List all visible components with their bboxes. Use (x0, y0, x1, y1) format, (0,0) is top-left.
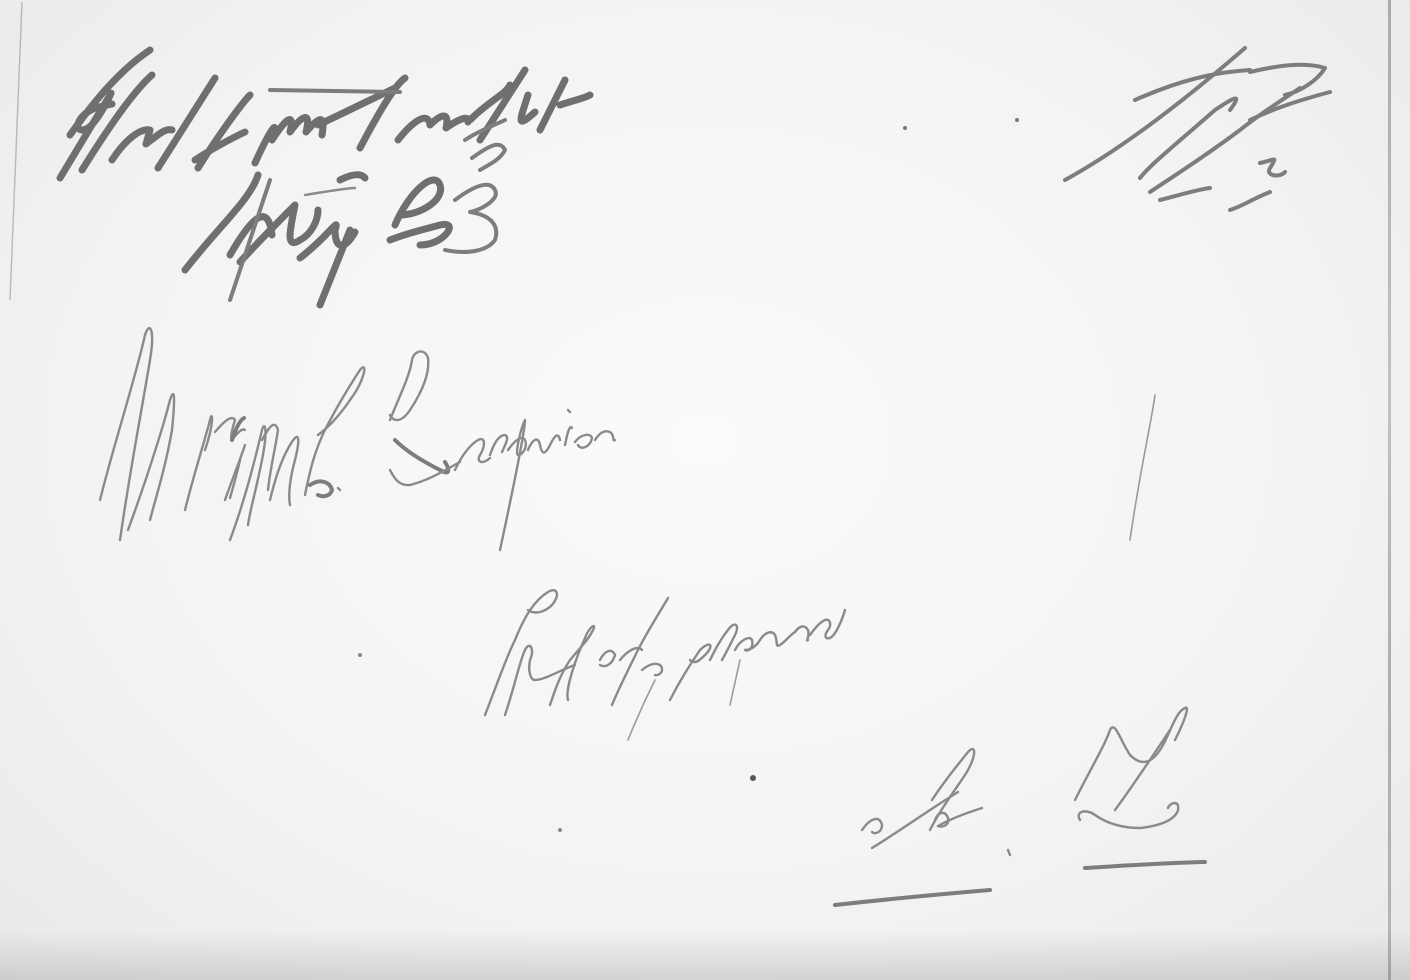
corner-mark-strokes (1065, 48, 1330, 210)
stray-marks (358, 118, 1155, 832)
recipient-initials-strokes (230, 367, 364, 540)
postmark-date-superscript (305, 188, 355, 195)
recipient-strokes (100, 328, 245, 540)
line3-strokes (862, 708, 1187, 855)
postmark-place-underline (270, 90, 400, 92)
rate-mark-strokes (445, 120, 505, 252)
line2-strokes (485, 590, 845, 715)
line3-underline-left (835, 890, 990, 905)
line2-descender (628, 680, 655, 740)
recipient-surname-strokes (390, 351, 615, 550)
line3-underline-right (1085, 862, 1205, 868)
handwriting-layer (0, 0, 1410, 980)
postmark-place-strokes (60, 50, 590, 178)
